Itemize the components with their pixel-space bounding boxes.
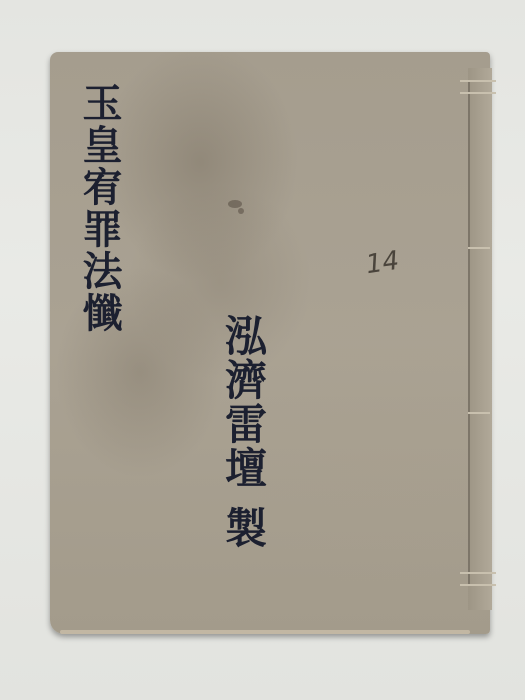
binding-thread: [460, 92, 496, 94]
binding-thread: [468, 247, 490, 249]
publisher-name: 泓濟雷壇: [219, 314, 268, 490]
binding-thread: [460, 572, 496, 574]
spine-fold-line: [468, 82, 470, 584]
book-title: 玉皇宥罪法懺: [75, 82, 123, 334]
page-edge: [60, 630, 470, 634]
binding-thread: [460, 584, 496, 586]
publisher-suffix: 製: [219, 506, 268, 550]
publisher-mark: 泓濟雷壇製: [218, 314, 268, 550]
stain-spot: [238, 208, 244, 214]
stain-spot: [228, 200, 242, 208]
handwritten-number: 14: [364, 246, 401, 280]
book-cover: 玉皇宥罪法懺 泓濟雷壇製 14: [50, 52, 490, 634]
binding-thread: [460, 80, 496, 82]
binding-spine: [468, 68, 492, 610]
binding-thread: [468, 412, 490, 414]
